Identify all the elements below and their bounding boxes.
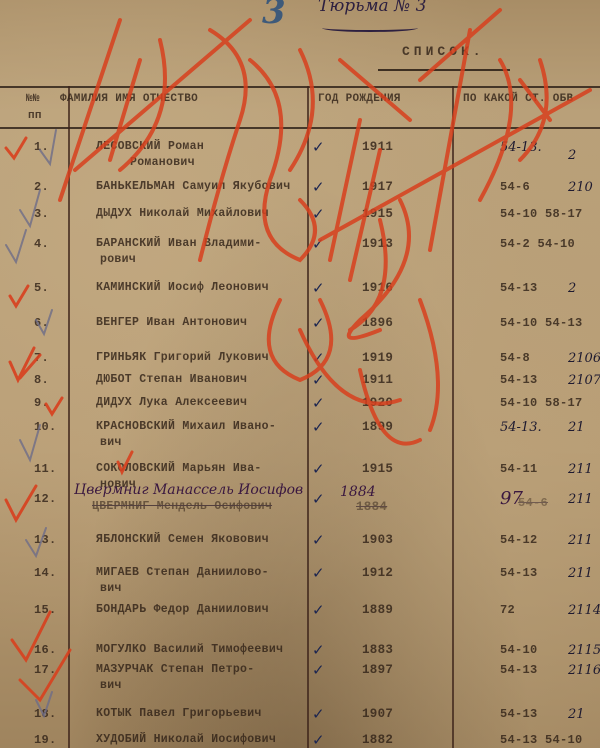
article-code: 72 bbox=[500, 603, 515, 617]
birth-year: 1920 bbox=[362, 396, 393, 410]
name-struck-through: ЦВЕРМНИГ Мендель Осифович bbox=[92, 500, 272, 513]
name-handwritten-correction: Цвермниг Манассель Иосифов bbox=[74, 482, 303, 498]
column-header-no-sub: пп bbox=[28, 110, 42, 122]
person-name: МОГУЛКО Василий Тимофеевич bbox=[96, 643, 283, 656]
article-code: 54-10 bbox=[500, 643, 538, 657]
document-title: СПИСОК. bbox=[402, 44, 485, 59]
check-mark-icon: ✓ bbox=[312, 205, 325, 223]
case-number: 2 bbox=[568, 148, 576, 163]
person-name: БОНДАРЬ Федор Даниилович bbox=[96, 603, 269, 616]
column-divider-year bbox=[452, 86, 454, 748]
article-code: 54-13 bbox=[500, 663, 538, 677]
check-mark-icon: ✓ bbox=[312, 371, 325, 389]
check-mark-icon: ✓ bbox=[312, 394, 325, 412]
person-name: СОКОЛОВСКИЙ Марьян Ива- bbox=[96, 462, 262, 475]
check-mark-icon: ✓ bbox=[312, 641, 325, 659]
person-name-continuation: вич bbox=[100, 436, 122, 449]
check-mark-icon: ✓ bbox=[312, 138, 325, 156]
case-number: 211 bbox=[568, 533, 593, 548]
birth-year: 1899 bbox=[362, 420, 393, 434]
row-number: 7. bbox=[34, 351, 49, 365]
article-code: 54-13. bbox=[500, 140, 542, 155]
person-name: КАМИНСКИЙ Иосиф Леонович bbox=[96, 281, 269, 294]
person-name: ДИДУХ Лука Алексеевич bbox=[96, 396, 247, 409]
column-header-year: ГОД РОЖДЕНИЯ bbox=[318, 93, 401, 105]
table-header-bottom-rule bbox=[0, 127, 600, 129]
article-code: 54-6 bbox=[500, 180, 530, 194]
row-number: 13. bbox=[34, 533, 57, 547]
row-number: 18. bbox=[34, 707, 57, 721]
case-number: 2116 bbox=[568, 663, 600, 678]
person-name: МАЗУРЧАК Степан Петро- bbox=[96, 663, 254, 676]
birth-year: 1915 bbox=[362, 462, 393, 476]
column-header-no: №№ bbox=[26, 93, 40, 105]
row-number: 15. bbox=[34, 603, 57, 617]
birth-year: 1897 bbox=[362, 663, 393, 677]
check-mark-icon: ✓ bbox=[312, 235, 325, 253]
article-struck-through: 54-6 bbox=[518, 496, 548, 510]
person-name: ДЫДУХ Николай Михайлович bbox=[96, 207, 269, 220]
column-header-article: ПО КАКОЙ СТ. ОБВ bbox=[463, 93, 573, 105]
person-name-continuation: рович bbox=[100, 253, 136, 266]
check-mark-icon: ✓ bbox=[312, 349, 325, 367]
person-name: КРАСНОВСКИЙ Михаил Ивано- bbox=[96, 420, 276, 433]
row-number: 2. bbox=[34, 180, 49, 194]
check-mark-icon: ✓ bbox=[312, 178, 325, 196]
row-number: 10. bbox=[34, 420, 57, 434]
person-name-continuation: Романович bbox=[130, 156, 195, 169]
case-number: 21 bbox=[568, 420, 585, 435]
row-number: 16. bbox=[34, 643, 57, 657]
article-code: 54-10 58-17 bbox=[500, 207, 583, 221]
article-code: 54-10 54-13 bbox=[500, 316, 583, 330]
article-code: 54-11 bbox=[500, 462, 538, 476]
article-code: 54-13 54-10 bbox=[500, 733, 583, 747]
article-code: 54-13 bbox=[500, 373, 538, 387]
birth-year: 1907 bbox=[362, 707, 393, 721]
row-number: 12. bbox=[34, 492, 57, 506]
heading-wavy-underline bbox=[322, 24, 418, 32]
case-number: 21 bbox=[568, 707, 585, 722]
birth-year: 1896 bbox=[362, 316, 393, 330]
case-number: 2107 bbox=[568, 373, 600, 388]
person-name: ГРИНЬЯК Григорий Лукович bbox=[96, 351, 269, 364]
case-number: 211 bbox=[568, 492, 593, 507]
article-code: 54-12 bbox=[500, 533, 538, 547]
article-code: 54-13. bbox=[500, 420, 542, 435]
archive-page-mark: 3 bbox=[262, 0, 286, 32]
person-name: БАНЬКЕЛЬМАН Самуил Якубович bbox=[96, 180, 290, 193]
article-code: 54-13 bbox=[500, 281, 538, 295]
person-name: МИГАЕВ Степан Даниилово- bbox=[96, 566, 269, 579]
birth-year: 1915 bbox=[362, 207, 393, 221]
check-mark-icon: ✓ bbox=[312, 705, 325, 723]
birth-year: 1913 bbox=[362, 237, 393, 251]
row-number: 9. bbox=[34, 396, 49, 410]
row-number: 4. bbox=[34, 237, 49, 251]
person-name: ЛЕСОВСКИЙ Роман bbox=[96, 140, 204, 153]
birth-year: 1911 bbox=[362, 373, 393, 387]
person-name: ДЮБОТ Степан Иванович bbox=[96, 373, 247, 386]
article-code: 54-13 bbox=[500, 707, 538, 721]
check-mark-icon: ✓ bbox=[312, 601, 325, 619]
row-number: 3. bbox=[34, 207, 49, 221]
check-mark-icon: ✓ bbox=[312, 314, 325, 332]
check-mark-icon: ✓ bbox=[312, 661, 325, 679]
person-name: КОТЫК Павел Григорьевич bbox=[96, 707, 262, 720]
row-number: 5. bbox=[34, 281, 49, 295]
check-mark-icon: ✓ bbox=[312, 279, 325, 297]
person-name-continuation: вич bbox=[100, 679, 122, 692]
case-number: 211 bbox=[568, 566, 593, 581]
year-struck-through: 1884 bbox=[356, 500, 387, 514]
birth-year: 1903 bbox=[362, 533, 393, 547]
title-underline bbox=[378, 69, 510, 71]
table-top-rule bbox=[0, 86, 600, 88]
case-number: 211 bbox=[568, 462, 593, 477]
row-number: 19. bbox=[34, 733, 57, 747]
row-number: 17. bbox=[34, 663, 57, 677]
article-code: 54-13 bbox=[500, 566, 538, 580]
check-mark-icon: ✓ bbox=[312, 460, 325, 478]
row-number: 6. bbox=[34, 316, 49, 330]
birth-year: 1882 bbox=[362, 733, 393, 747]
check-mark-icon: ✓ bbox=[312, 490, 325, 508]
row-number: 1. bbox=[34, 140, 49, 154]
column-header-name: ФАМИЛИЯ ИМЯ ОТЧЕСТВО bbox=[60, 93, 198, 105]
case-number: 2115 bbox=[568, 643, 600, 658]
birth-year: 1916 bbox=[362, 281, 393, 295]
birth-year: 1912 bbox=[362, 566, 393, 580]
person-name: ХУДОБИЙ Николай Иосифович bbox=[96, 733, 276, 746]
article-code: 54-10 58-17 bbox=[500, 396, 583, 410]
birth-year: 1917 bbox=[362, 180, 393, 194]
birth-year: 1919 bbox=[362, 351, 393, 365]
person-name-continuation: вич bbox=[100, 582, 122, 595]
prison-handwritten-heading: Тюрьма № 3 bbox=[318, 0, 426, 16]
case-number: 2114 bbox=[568, 603, 600, 618]
birth-year: 1911 bbox=[362, 140, 393, 154]
column-divider-name bbox=[307, 86, 309, 748]
person-name: ЯБЛОНСКИЙ Семен Яковович bbox=[96, 533, 269, 546]
row-number: 8. bbox=[34, 373, 49, 387]
case-number: 210 bbox=[568, 180, 593, 195]
person-name: БАРАНСКИЙ Иван Владими- bbox=[96, 237, 262, 250]
check-mark-icon: ✓ bbox=[312, 418, 325, 436]
article-code: 54-2 54-10 bbox=[500, 237, 575, 251]
article-code: 54-8 bbox=[500, 351, 530, 365]
year-handwritten-correction: 1884 bbox=[340, 484, 376, 500]
case-number: 2106 bbox=[568, 351, 600, 366]
row-number: 14. bbox=[34, 566, 57, 580]
birth-year: 1889 bbox=[362, 603, 393, 617]
column-divider-no bbox=[68, 86, 70, 748]
person-name: ВЕНГЕР Иван Антонович bbox=[96, 316, 247, 329]
case-number: 2 bbox=[568, 281, 576, 296]
archival-document-page: 3 Тюрьма № 3 СПИСОК. №№ пп ФАМИЛИЯ ИМЯ О… bbox=[0, 0, 600, 748]
check-mark-icon: ✓ bbox=[312, 564, 325, 582]
birth-year: 1883 bbox=[362, 643, 393, 657]
check-mark-icon: ✓ bbox=[312, 531, 325, 549]
check-mark-icon: ✓ bbox=[312, 731, 325, 748]
row-number: 11. bbox=[34, 462, 57, 476]
